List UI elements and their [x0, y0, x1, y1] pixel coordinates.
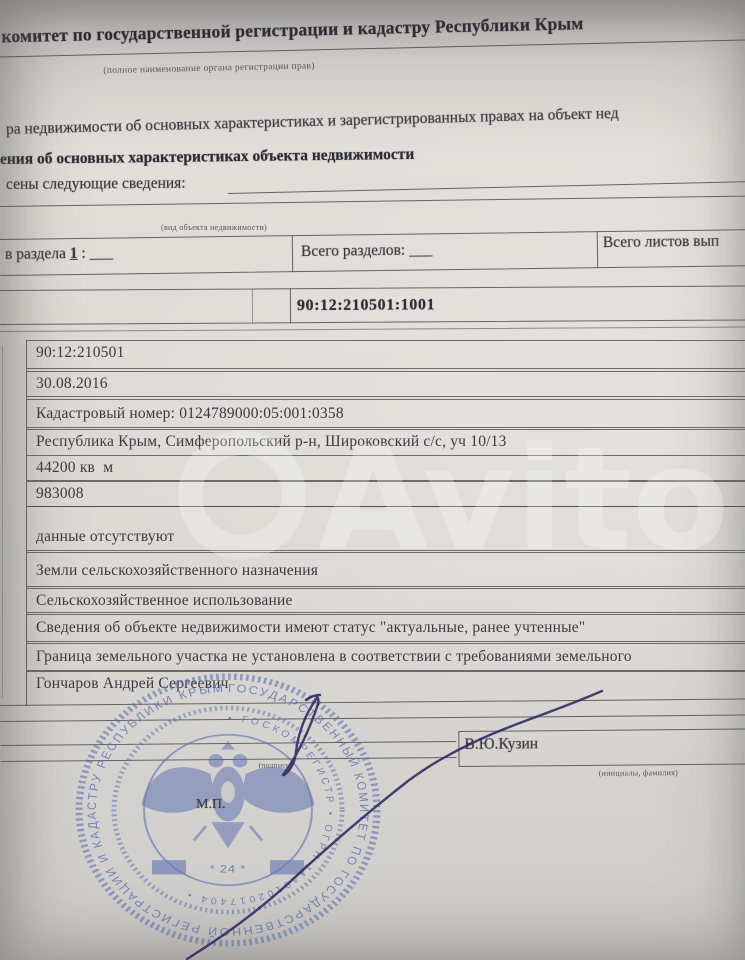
document-photo: й комитет по государственной регистрации… — [0, 0, 745, 960]
registrar-name-cell: В.Ю.Кузин — [458, 728, 745, 767]
round-seal-stamp: ГОСУДАРСТВЕННЫЙ КОМИТЕТ ПО ГОСУДАРСТВЕНН… — [56, 656, 400, 960]
mp-label: М.П. — [196, 797, 226, 813]
registrar-name: В.Ю.Кузин — [464, 735, 538, 754]
seal-number-text: * 24 * — [210, 862, 247, 875]
initials-caption: (инициалы, фамилия) — [599, 768, 679, 778]
